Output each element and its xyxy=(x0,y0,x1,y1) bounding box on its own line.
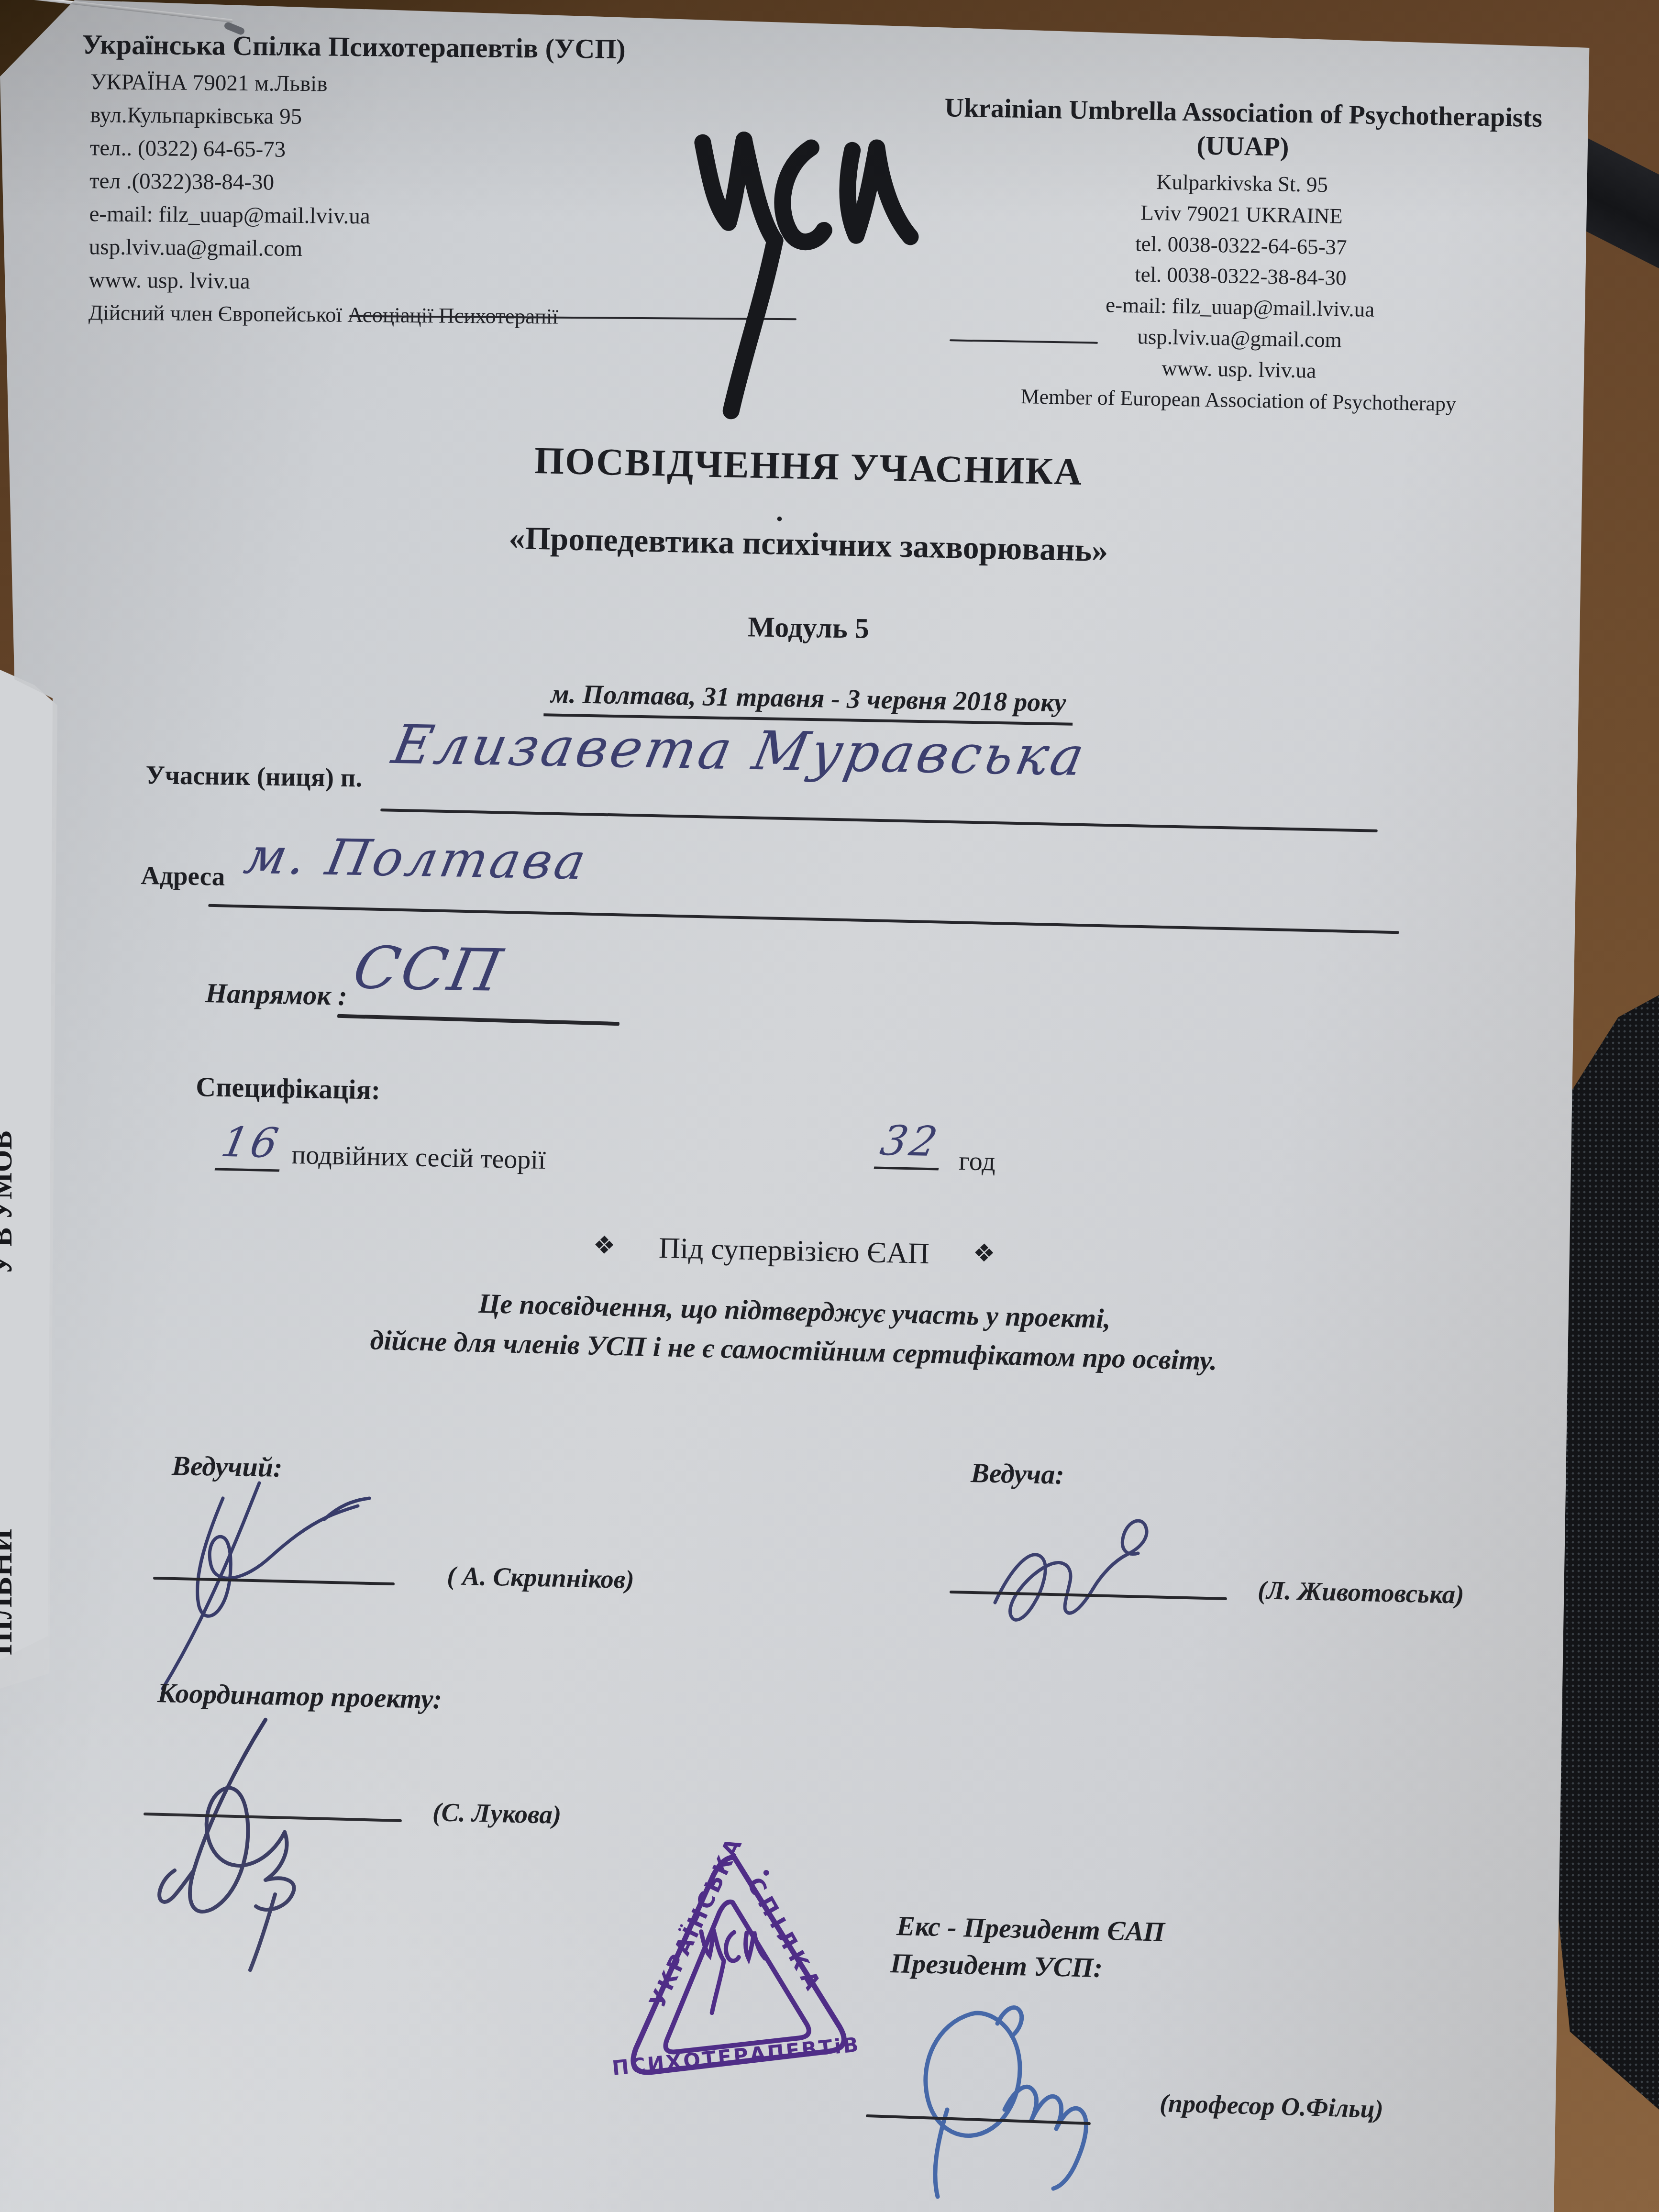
leader-f-signature xyxy=(950,1495,1217,1653)
diamond-icon: ❖ xyxy=(973,1240,995,1268)
sessions-label: подвійних сесій теорії xyxy=(291,1139,546,1175)
participant-name-handwritten: Елизавета Муравська xyxy=(387,714,1092,788)
org-name-ua: Українська Спілка Психотерапевтів (УСП) xyxy=(82,28,726,67)
addr-ua-line: УКРАЇНА 79021 м.Львів xyxy=(90,66,726,104)
president-label-1: Екс - Президент ЄАП xyxy=(896,1910,1165,1948)
president-signature xyxy=(861,1952,1167,2210)
sessions-count-handwritten: 16 xyxy=(215,1118,290,1172)
specification-label: Специфікація: xyxy=(196,1071,381,1106)
addr-ua-line: e-mail: filz_uuap@mail.lviv.ua xyxy=(89,198,724,236)
org-name-en: Ukrainian Umbrella Association of Psycho… xyxy=(939,91,1548,168)
leader-m-name: ( А. Скрипніков) xyxy=(447,1560,635,1594)
direction-handwritten: ССП xyxy=(348,934,510,1005)
address-handwritten: м. Полтава xyxy=(240,827,593,891)
usp-monogram-logo xyxy=(679,122,938,419)
usp-triangle-stamp: УКРАЇНСЬКА СПІЛКА ПСИХОТЕРАПЕВТіВ xyxy=(587,1836,872,2101)
addr-ua-line: usp.lviv.ua@gmail.com xyxy=(89,231,724,269)
hours-count-handwritten: 32 xyxy=(874,1117,949,1170)
addr-ua-line: вул.Кульпарківська 95 xyxy=(90,99,725,137)
coordinator-name: (С. Лукова) xyxy=(432,1797,562,1830)
under-sheet-edge: У В УМОВ ПІЛЬНИ xyxy=(0,670,57,1689)
stamp-center-monogram xyxy=(701,1929,766,2013)
leader-f-label: Ведуча: xyxy=(971,1457,1065,1491)
stamp-word-bottom: ПСИХОТЕРАПЕВТіВ xyxy=(611,2033,861,2080)
supervision-text: Під супервізією ЄАП xyxy=(659,1232,930,1270)
leader-f-name: (Л. Животовська) xyxy=(1258,1575,1465,1610)
header-left: Українська Спілка Психотерапевтів (УСП) … xyxy=(80,28,726,334)
coordinator-signature xyxy=(122,1689,390,1976)
addr-ua-line: тел.. (0322) 64-65-73 xyxy=(90,132,725,170)
leader-m-signature xyxy=(134,1454,383,1693)
title-dot: . xyxy=(776,495,783,528)
edge-fragment-lower: ПІЛЬНИ xyxy=(0,1529,19,1655)
edge-fragment-upper: У В УМОВ xyxy=(0,1131,19,1275)
participant-label: Учасник (ниця) п. xyxy=(145,760,363,793)
photo-of-certificate: У В УМОВ ПІЛЬНИ Українська Спілка Психот… xyxy=(0,0,1659,2212)
address-label: Адреса xyxy=(141,860,225,892)
header-right: Ukrainian Umbrella Association of Psycho… xyxy=(934,91,1547,420)
diamond-icon: ❖ xyxy=(593,1232,616,1260)
president-name: (професор О.Фільц) xyxy=(1159,2088,1383,2124)
addr-ua-line: www. usp. lviv.ua xyxy=(88,264,724,302)
addr-ua-line: тел .(0322)38-84-30 xyxy=(89,165,725,203)
hours-label: год xyxy=(959,1146,996,1177)
direction-label: Напрямок : xyxy=(205,977,348,1012)
stamp-word-left: УКРАЇНСЬКА xyxy=(644,1832,748,2012)
